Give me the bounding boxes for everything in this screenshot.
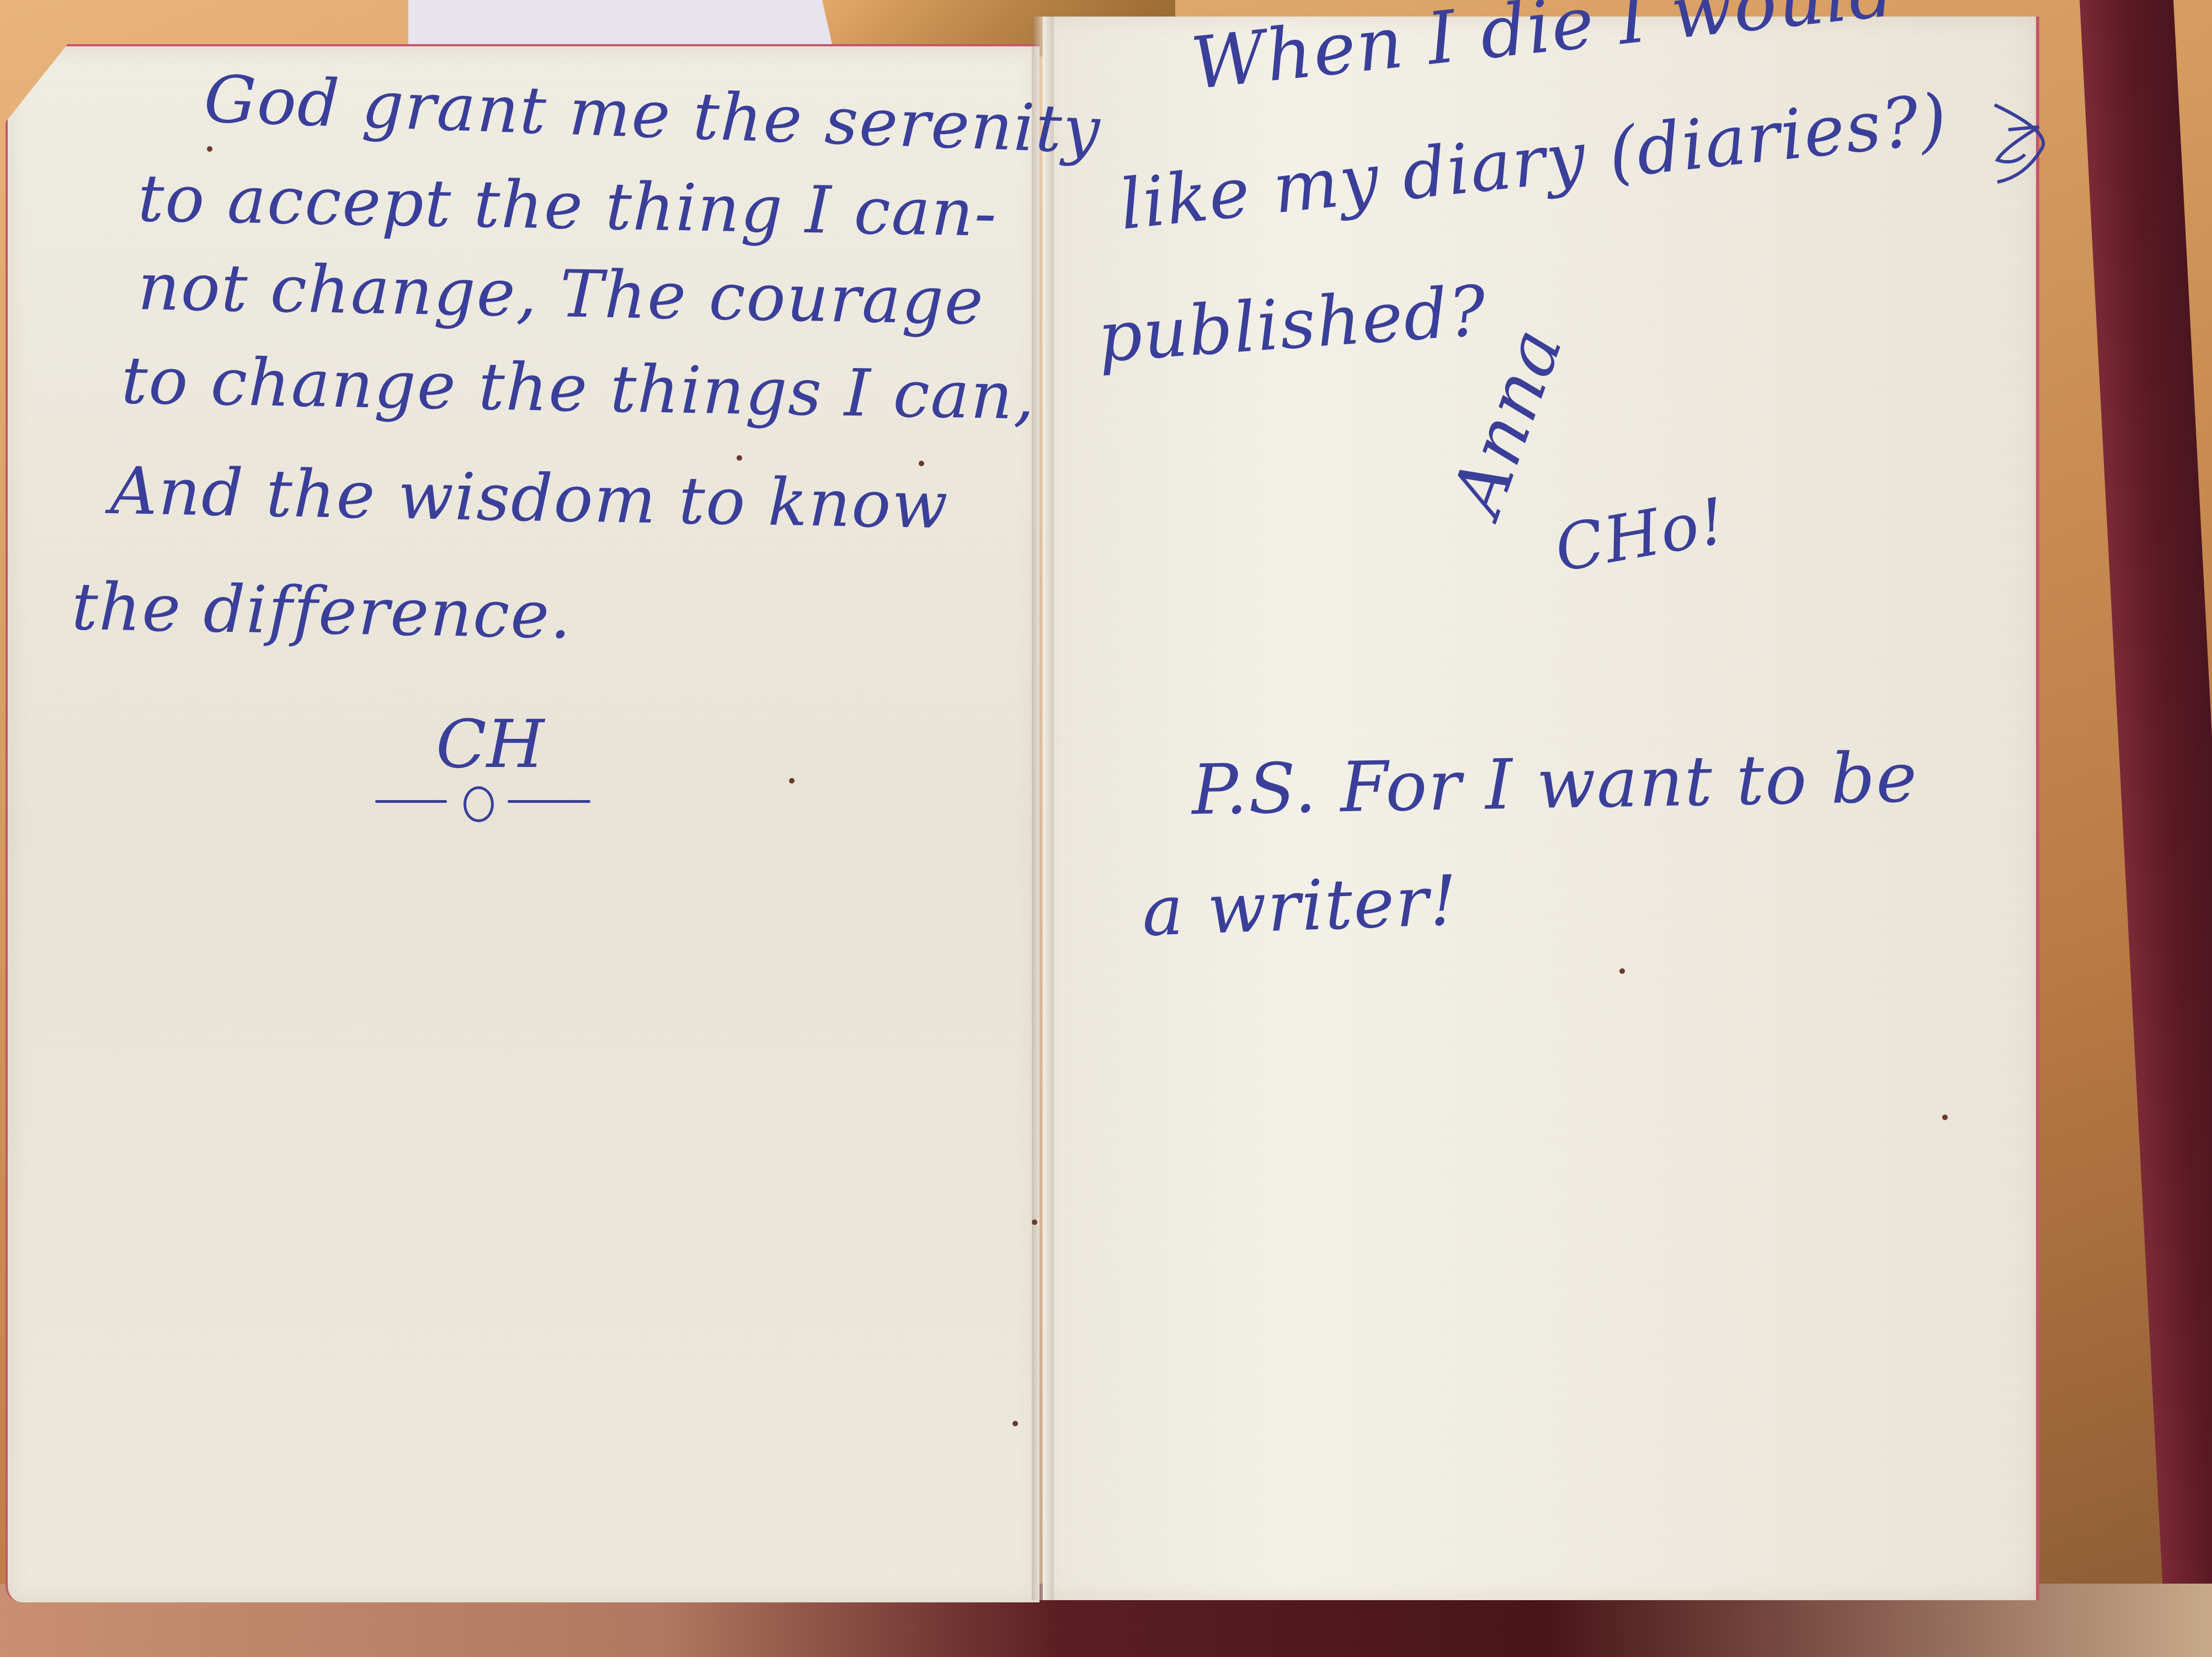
postscript-line-2: a writer!: [1140, 861, 1459, 952]
paper-speck: [789, 778, 795, 784]
diary-cover-edge: [2080, 0, 2212, 1657]
paper-speck: [1942, 1115, 1948, 1120]
paper-speck: [1619, 968, 1625, 974]
paper-speck: [737, 455, 742, 461]
diary-photo-scene: God grant me the serenity to accept the …: [0, 0, 2212, 1657]
prayer-line-6: the difference.: [71, 568, 573, 653]
paper-speck: [919, 461, 924, 466]
monogram-ornament-icon: [463, 786, 494, 822]
book-gutter: [1032, 17, 1054, 1600]
postscript-line-1: P.S. For I want to be: [1191, 738, 1918, 830]
monogram-rule-left: [375, 800, 447, 803]
prayer-line-2: to accept the thing I can-: [137, 160, 998, 251]
paper-speck: [1012, 1421, 1018, 1426]
prayer-line-3: not change, The courage: [137, 248, 985, 339]
background-paper: [408, 0, 861, 44]
paper-speck: [1032, 1219, 1037, 1225]
paper-speck: [207, 146, 212, 152]
left-monogram: CH: [375, 706, 607, 850]
prayer-line-5: And the wisdom to know: [110, 452, 950, 544]
margin-arrow-icon: [1992, 99, 2053, 188]
monogram-initials: CH: [436, 706, 544, 783]
prayer-line-4: to change the things I can,: [121, 342, 1036, 434]
monogram-rule-right: [508, 800, 590, 803]
